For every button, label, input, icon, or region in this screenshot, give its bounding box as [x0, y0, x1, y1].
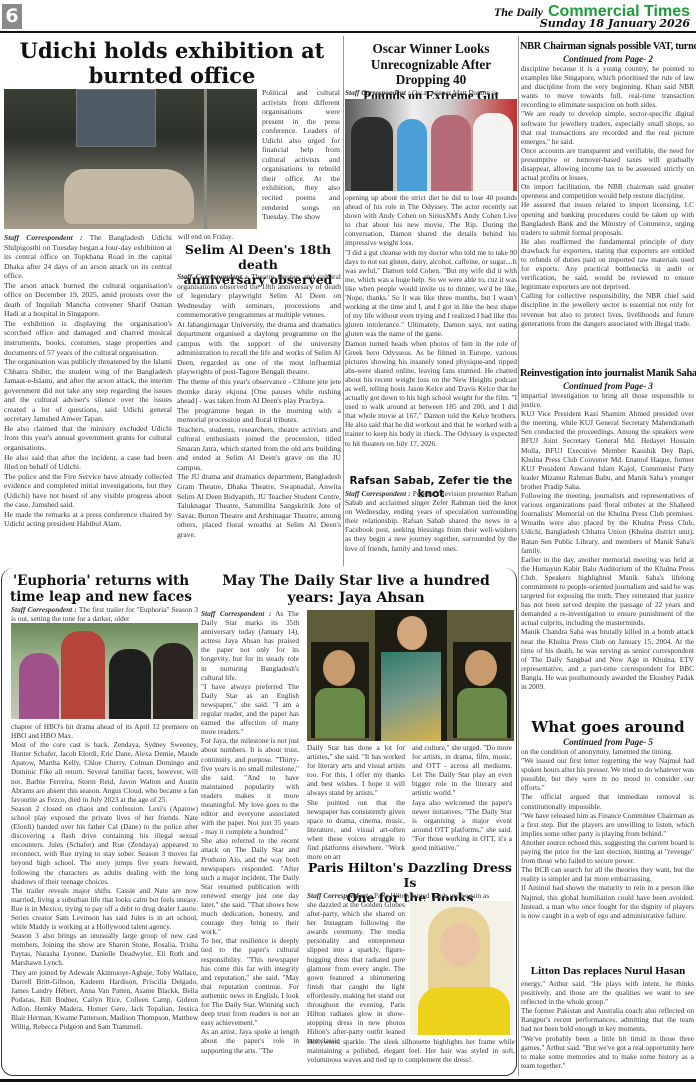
- nbr-headline: NBR Chairman signals possible VAT, turno…: [520, 41, 696, 53]
- paris-photo: [410, 901, 514, 1035]
- paragraph: and culture," she urged. "Do more for ar…: [412, 743, 512, 798]
- jaya-photo: [307, 610, 514, 741]
- what-goes-body: on the condition of anonymity, lamented …: [521, 747, 694, 920]
- paragraph: "We issued our first letter regretting t…: [521, 756, 694, 792]
- paragraph: The programme began in the morning with …: [177, 406, 341, 425]
- paragraph: chapter of HBO's hit drama ahead of its …: [11, 722, 198, 740]
- paragraph: Once accounts are transparent and verifi…: [521, 146, 694, 182]
- paragraph: The official argued that immediate remov…: [521, 792, 694, 810]
- rafsan-byline: Staff Correspondent :: [345, 489, 411, 498]
- paragraph: As an artist, Jaya spoke at length about…: [201, 1027, 299, 1054]
- paragraph: Damon turned heads when photos of him in…: [345, 339, 517, 448]
- udichi-headline: Udichi holds exhibition at burnted offic…: [4, 38, 340, 88]
- udichi-side-text: Political and cultural activists from di…: [262, 88, 340, 222]
- jaya-mid-column: Daily Star has done a lot for artistes,"…: [307, 743, 405, 861]
- jaya-right-column: and culture," she urged. "Do more for ar…: [412, 743, 512, 852]
- oscar-body: opening up about the strict diet he did …: [345, 193, 517, 448]
- paragraph: She also referred to the recent attack o…: [201, 836, 299, 936]
- paragraph: For Jaya, the milestone is not just abou…: [201, 736, 299, 836]
- paris-byline: Staff Correspondent :: [307, 891, 372, 900]
- what-goes-continued: Continued from Page- 5: [520, 737, 696, 747]
- page-number: 6: [2, 4, 22, 29]
- paragraph: To her, that resilience is deeply tied t…: [201, 936, 299, 1027]
- masthead-prefix: The Daily: [494, 5, 543, 19]
- paragraph: The trailer reveals major shifts. Cassie…: [11, 886, 198, 931]
- paragraph: The organisation was publicly threatened…: [4, 357, 172, 424]
- euphoria-headline-line-1: 'Euphoria' returns with: [4, 573, 198, 589]
- litton-body: energy," Arthur said. "He plays with int…: [521, 979, 694, 1070]
- euphoria-byline: Staff Correspondent :: [11, 605, 77, 614]
- panel-center-shape: [375, 610, 447, 741]
- nbr-body: discipline because it is a young country…: [521, 64, 694, 328]
- paragraph: KUJ Vice President Kazi Shamim Ahmed pre…: [521, 409, 694, 491]
- person-4-shape: [153, 643, 193, 719]
- paragraph: Season 3 also brings an unusually large …: [11, 931, 198, 967]
- person-2-shape: [397, 119, 427, 191]
- udichi-byline: Staff Correspondent :: [4, 233, 83, 242]
- euphoria-headline-line-2: time leap and new faces: [4, 589, 198, 605]
- paragraph: They are joined by Adewale Akinnuoye-Agb…: [11, 968, 198, 1032]
- paragraph: energy," Arthur said. "He plays with int…: [521, 979, 694, 1006]
- paragraph: The police and the Fire Service have alr…: [4, 472, 172, 510]
- euphoria-body: chapter of HBO's hit drama ahead of its …: [11, 722, 198, 1031]
- paragraph: on the condition of anonymity, lamented …: [521, 747, 694, 756]
- paragraph: opening up about the strict diet he did …: [345, 193, 517, 248]
- paragraph: If Aminul had shown the maturity to rein…: [521, 883, 694, 919]
- issue-date: Sunday 18 January 2026: [540, 17, 690, 30]
- lead-text: Paris Hilton turned heads once again as: [374, 891, 489, 900]
- paragraph: "I have always preferred The Daily Star …: [201, 682, 299, 737]
- paris-tail-text: Hollywood sparkle. The sleek silhouette …: [307, 1037, 515, 1064]
- header-rule: [0, 31, 696, 33]
- yellow-dress-shape: [418, 987, 510, 1035]
- paragraph: Following the meeting, journalists and r…: [521, 491, 694, 555]
- oscar-headline-line-1: Oscar Winner Looks: [344, 41, 518, 57]
- what-goes-headline: What goes around: [520, 718, 696, 736]
- manik-body: impartial investigation to bring all tho…: [521, 391, 694, 691]
- paragraph: As The Daily Star marks its 35th anniver…: [201, 609, 299, 682]
- udichi-headline-line-1: Udichi holds exhibition at: [4, 38, 340, 63]
- paragraph: She pointed out that the newspaper has c…: [307, 798, 405, 862]
- paragraph: The former Pakistan and Australia coach …: [521, 1006, 694, 1033]
- jaya-byline: Staff Correspondent :: [201, 609, 271, 618]
- paragraph: He assured that issues related to import…: [521, 200, 694, 236]
- paragraph: "We are ready to develop simple, sector-…: [521, 109, 694, 145]
- selim-headline-line-1: Selim Al Deen's 18th death: [176, 242, 340, 272]
- jaya-left-column: Staff Correspondent : As The Daily Star …: [201, 609, 299, 1055]
- euphoria-headline: 'Euphoria' returns with time leap and ne…: [4, 573, 198, 605]
- paragraph: Another source echoed this, suggesting t…: [521, 838, 694, 865]
- saree-shape: [457, 688, 507, 738]
- person-3-shape: [431, 115, 471, 191]
- person-1-shape: [351, 117, 393, 191]
- rafsan-body: Staff Correspondent : Popular television…: [345, 489, 517, 553]
- paragraph: Teachers, students, researchers, theatre…: [177, 425, 341, 473]
- paragraph: Manik Chandra Saha was brutally killed i…: [521, 627, 694, 691]
- jaya-headline-line-1: May The Daily Star live a hundred: [200, 573, 512, 590]
- nbr-continued: Continued from Page- 2: [520, 54, 696, 64]
- panel-left-shape: [311, 642, 369, 738]
- paragraph: The JU drama and dramatics department, B…: [177, 472, 341, 539]
- person-4-shape: [473, 113, 513, 191]
- paragraph: He also reaffirmed the fundamental princ…: [521, 237, 694, 292]
- pole-shape: [204, 89, 207, 229]
- udichi-photo: [4, 89, 257, 229]
- paragraph: "We have released him as Finance Committ…: [521, 811, 694, 838]
- selim-body: Staff Correspondent : Theatre troupes an…: [177, 272, 341, 539]
- oscar-photo: [345, 99, 517, 191]
- paragraph: He made the remarks at a press conferenc…: [4, 510, 172, 529]
- paris-side-text: she dazzled at the Golden Globes after-p…: [307, 900, 405, 1046]
- paragraph: "We've probably been a little bit timid …: [521, 1034, 694, 1070]
- paragraph: Season 2 closed on chaos and confession.…: [11, 804, 198, 886]
- panel-right-shape: [453, 642, 511, 738]
- udichi-headline-line-2: burnted office: [4, 63, 340, 88]
- paragraph: Earlier in the day, another memorial mee…: [521, 555, 694, 628]
- charred-items-shape: [64, 169, 194, 224]
- paragraph: The arson attack burned the cultural org…: [4, 281, 172, 319]
- paragraph: "I did a gut cleanse with my doctor who …: [345, 248, 517, 339]
- banner-shape: [76, 89, 156, 147]
- column-divider: [518, 36, 519, 1076]
- footer-rule: [0, 1079, 696, 1082]
- saree-shape: [381, 652, 441, 741]
- litton-headline: Litton Das replaces Nurul Hasan: [520, 965, 696, 978]
- selim-byline: Staff Correspondent :: [177, 272, 248, 281]
- face-shape: [465, 650, 497, 686]
- paragraph: impartial investigation to bring all tho…: [521, 391, 694, 409]
- paragraph: He also claimed that the ministry exclud…: [4, 424, 172, 453]
- face-shape: [323, 650, 355, 686]
- paragraph: Calling for collective responsibility, t…: [521, 291, 694, 327]
- person-1-shape: [19, 653, 59, 719]
- oscar-lead: Staff Correspondent : Oscar winner Matt …: [345, 88, 517, 97]
- oscar-byline: Staff Correspondent :: [345, 88, 410, 97]
- udichi-tail-text: will end on Friday.: [178, 232, 338, 241]
- manik-continued: Continued from Page- 3: [520, 381, 696, 391]
- person-2-shape: [61, 631, 105, 719]
- paragraph: On import facilitation, the NBR chairman…: [521, 182, 694, 200]
- paragraph: The exhibition is displaying the organis…: [4, 319, 172, 357]
- paragraph: The theme of this year's observance - Ch…: [177, 377, 341, 406]
- jaya-headline: May The Daily Star live a hundred years:…: [200, 573, 512, 607]
- lead-text: Oscar winner Matt Damon is: [412, 88, 497, 97]
- face-shape: [397, 616, 427, 650]
- oscar-headline-line-2: Unrecognizable After Dropping 40: [344, 57, 518, 88]
- manik-headline: Reinvestigation into journalist Manik Sa…: [520, 368, 696, 380]
- paragraph: The BCB can search for all the theories …: [521, 865, 694, 883]
- paragraph: discipline because it is a young country…: [521, 64, 694, 109]
- paris-headline-line-1: Paris Hilton's Dazzling Dress Is: [305, 860, 515, 890]
- paragraph: Jaya also welcomed the paper's newer ini…: [412, 798, 512, 853]
- face-shape: [440, 923, 480, 967]
- person-3-shape: [109, 649, 151, 719]
- paragraph: Popular television presenter Rafsan Saba…: [345, 489, 517, 553]
- paragraph: Daily Star has done a lot for artistes,"…: [307, 743, 405, 798]
- jaya-headline-line-2: years: Jaya Ahsan: [200, 590, 512, 607]
- paragraph: Most of the core cast is back. Zendaya, …: [11, 740, 198, 804]
- paragraph: He also said that after the incident, a …: [4, 453, 172, 472]
- paragraph: At Jahangirnagar University, the drama a…: [177, 320, 341, 377]
- paris-lead: Staff Correspondent : Paris Hilton turne…: [307, 891, 515, 900]
- euphoria-lead: Staff Correspondent : The first trailer …: [11, 605, 198, 623]
- udichi-body: Staff Correspondent : The Bangladesh Udi…: [4, 233, 172, 529]
- euphoria-photo: [11, 623, 198, 719]
- saree-shape: [315, 688, 365, 738]
